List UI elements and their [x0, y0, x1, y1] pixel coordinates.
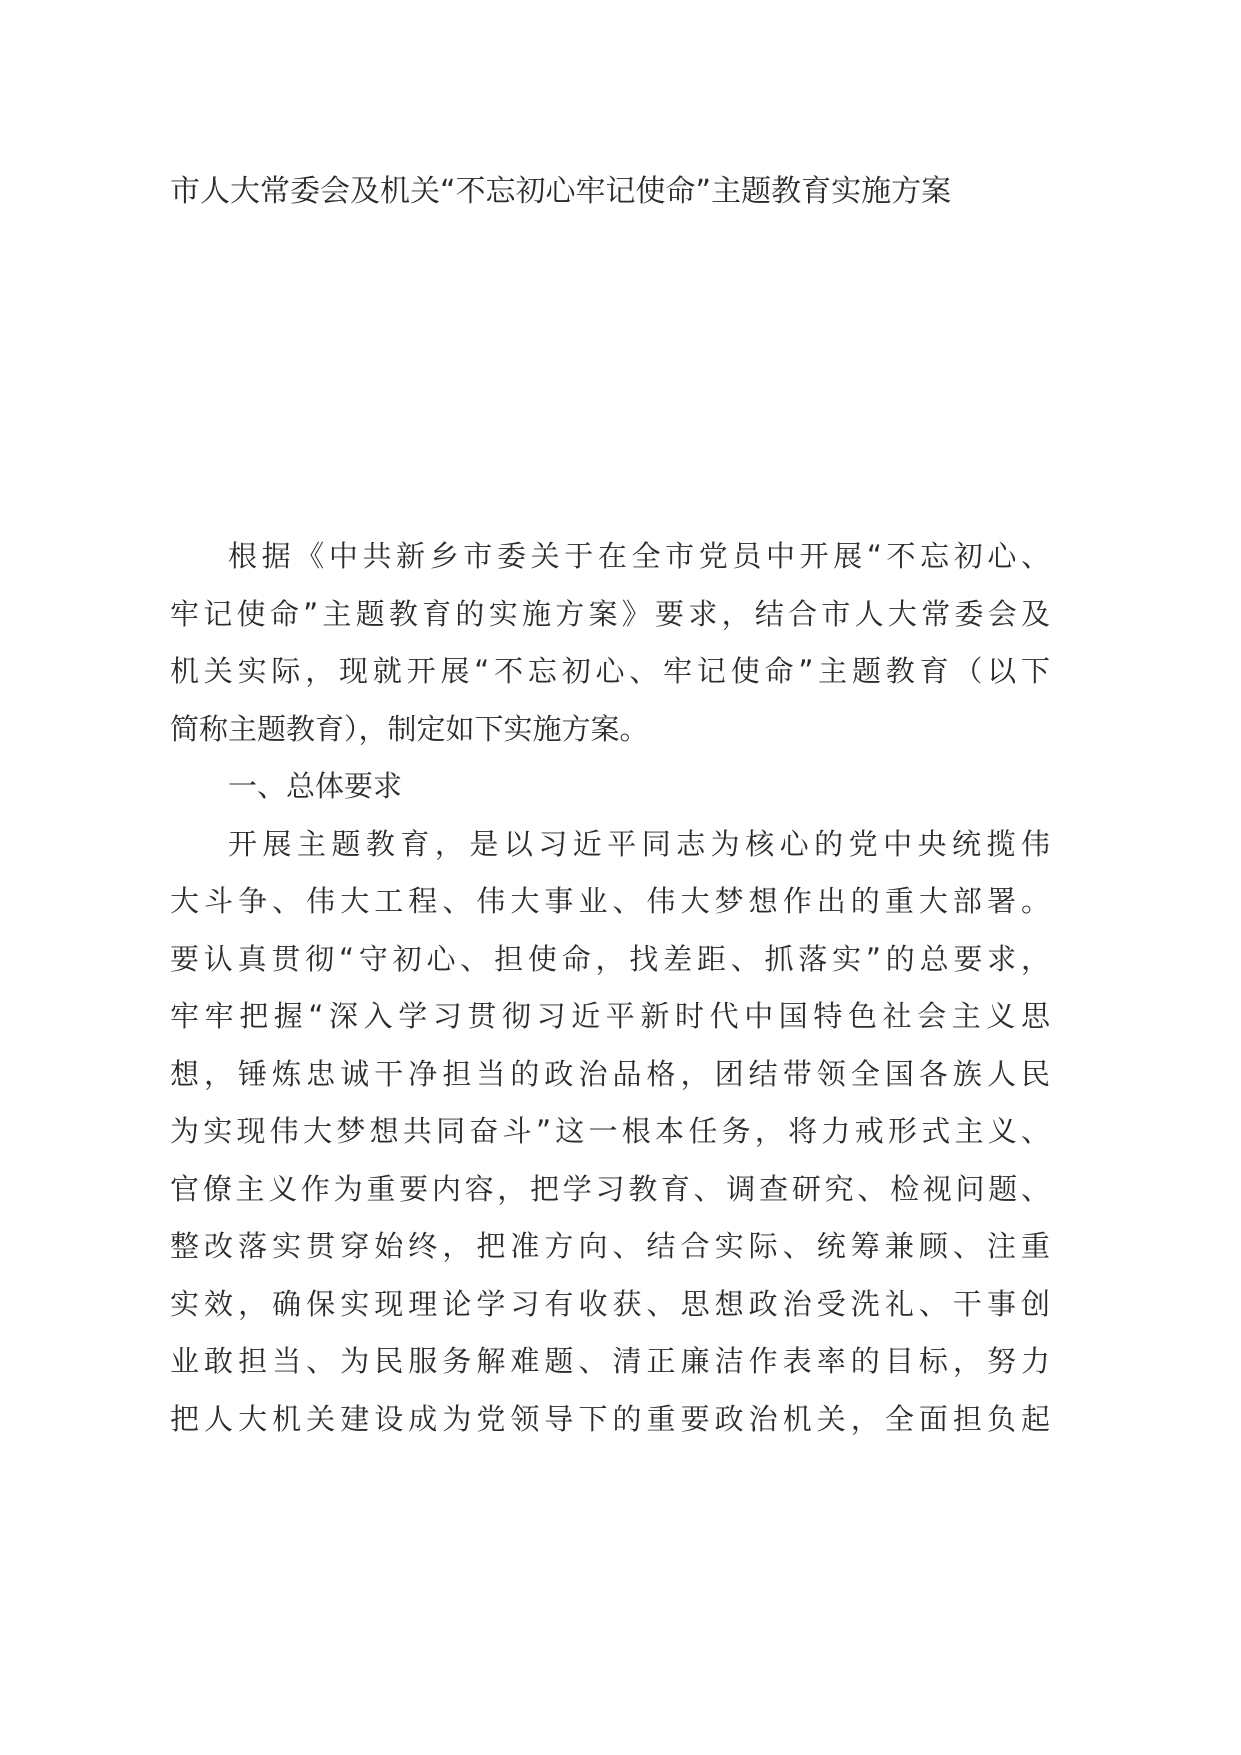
- paragraph-2-line-7: 官僚主义作为重要内容，把学习教育、调查研究、检视问题、: [170, 1161, 1050, 1219]
- paragraph-2-line-4: 牢牢把握“深入学习贯彻习近平新时代中国特色社会主义思: [170, 988, 1050, 1046]
- paragraph-2-line-1: 开展主题教育，是以习近平同志为核心的党中央统揽伟: [170, 816, 1050, 874]
- paragraph-2-line-5: 想，锤炼忠诚干净担当的政治品格，团结带领全国各族人民: [170, 1046, 1050, 1104]
- paragraph-2-line-10: 业敢担当、为民服务解难题、清正廉洁作表率的目标，努力: [170, 1333, 1050, 1391]
- document-page: 市人大常委会及机关“不忘初心牢记使命”主题教育实施方案 根据《中共新乡市委关于在…: [0, 0, 1241, 1755]
- paragraph-2-line-3: 要认真贯彻“守初心、担使命，找差距、抓落实”的总要求，: [170, 931, 1050, 989]
- document-title: 市人大常委会及机关“不忘初心牢记使命”主题教育实施方案: [170, 172, 1050, 212]
- paragraph-2-line-9: 实效，确保实现理论学习有收获、思想政治受洗礼、干事创: [170, 1276, 1050, 1334]
- paragraph-1-line-4: 简称主题教育），制定如下实施方案。: [170, 701, 1050, 759]
- paragraph-2-line-8: 整改落实贯穿始终，把准方向、结合实际、统筹兼顾、注重: [170, 1218, 1050, 1276]
- paragraph-2-line-11: 把人大机关建设成为党领导下的重要政治机关，全面担负起: [170, 1391, 1050, 1449]
- paragraph-1-line-2: 牢记使命”主题教育的实施方案》要求，结合市人大常委会及: [170, 586, 1050, 644]
- paragraph-1-line-1: 根据《中共新乡市委关于在全市党员中开展“不忘初心、: [170, 528, 1050, 586]
- document-body: 根据《中共新乡市委关于在全市党员中开展“不忘初心、 牢记使命”主题教育的实施方案…: [170, 528, 1050, 1448]
- section-heading-1: 一、总体要求: [170, 758, 1050, 816]
- paragraph-1-line-3: 机关实际，现就开展“不忘初心、牢记使命”主题教育（以下: [170, 643, 1050, 701]
- paragraph-2-line-6: 为实现伟大梦想共同奋斗”这一根本任务，将力戒形式主义、: [170, 1103, 1050, 1161]
- paragraph-2-line-2: 大斗争、伟大工程、伟大事业、伟大梦想作出的重大部署。: [170, 873, 1050, 931]
